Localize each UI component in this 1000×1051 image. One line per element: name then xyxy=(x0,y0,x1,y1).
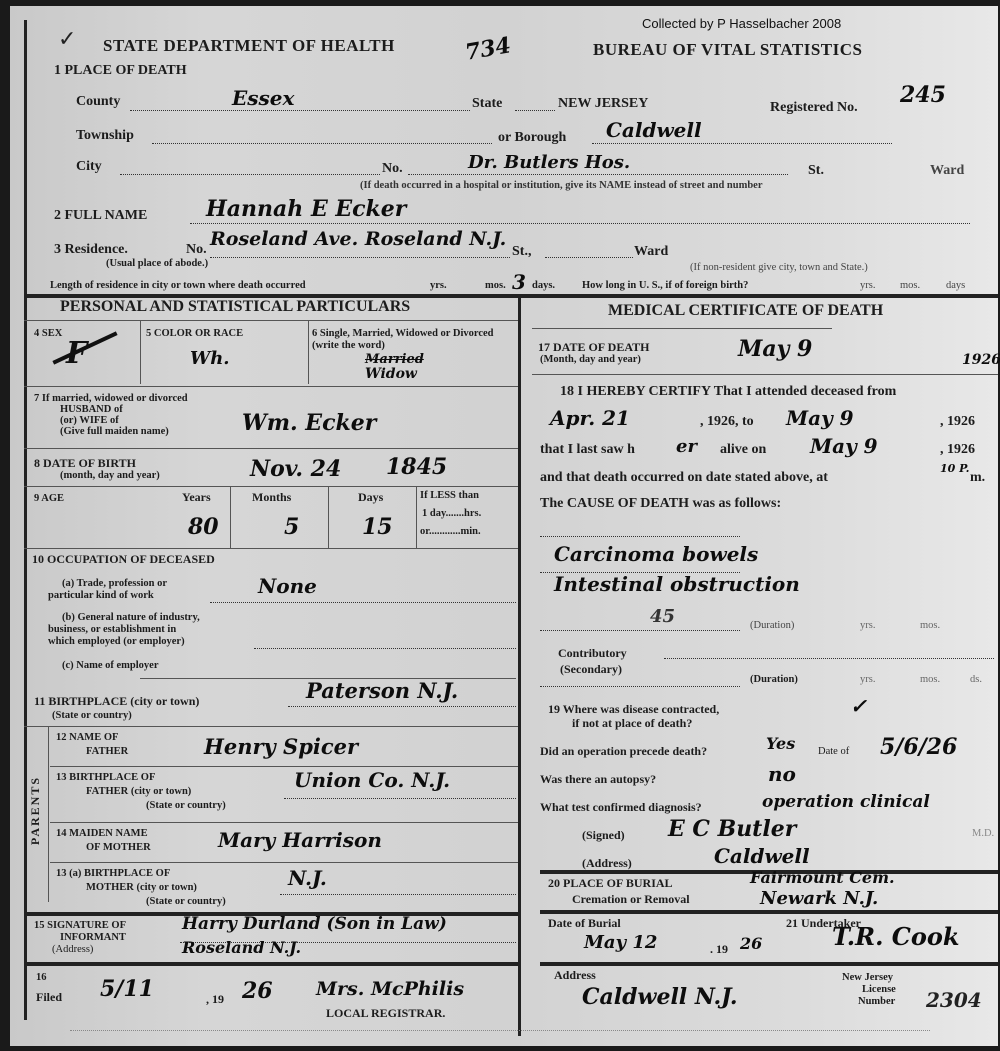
personal-heading: PERSONAL AND STATISTICAL PARTICULARS xyxy=(60,298,410,316)
father-birthplace-field[interactable]: Union Co. N.J. xyxy=(294,768,450,792)
place-of-death-label: 1 PLACE OF DEATH xyxy=(54,63,187,79)
township-label: Township xyxy=(76,128,134,144)
burial-year-field[interactable]: 26 xyxy=(740,934,762,953)
column-divider xyxy=(518,296,521,1036)
residence-st-label: St., xyxy=(512,244,531,260)
state-field[interactable]: NEW JERSEY xyxy=(558,96,648,112)
age-label: 9 AGE xyxy=(34,493,64,504)
burial-city-field[interactable]: Newark N.J. xyxy=(760,888,878,909)
state-dept-title: STATE DEPARTMENT OF HEALTH xyxy=(103,36,395,56)
test-label: What test confirmed diagnosis? xyxy=(540,800,702,815)
check-mark-icon: ✓ xyxy=(850,694,867,718)
cause-note[interactable]: 45 xyxy=(650,606,675,627)
certify-label: 18 I HEREBY CERTIFY That I attended dece… xyxy=(560,384,896,400)
informant-label: 15 SIGNATURE OF xyxy=(34,920,126,931)
city-label: City xyxy=(76,159,102,175)
dob-year-field[interactable]: 1845 xyxy=(386,454,447,480)
autopsy-label: Was there an autopsy? xyxy=(540,772,656,787)
physician-address-label: (Address) xyxy=(582,856,632,871)
dod-field[interactable]: May 9 xyxy=(738,336,812,362)
birthplace-label: 11 BIRTHPLACE (city or town) xyxy=(34,694,199,709)
license-label: New Jersey xyxy=(842,972,893,983)
registrar-signature[interactable]: Mrs. McPhilis xyxy=(316,978,464,1000)
mother-birthplace-field[interactable]: N.J. xyxy=(288,866,327,890)
residence-field[interactable]: Roseland Ave. Roseland N.J. xyxy=(210,228,506,250)
usual-abode-note: (Usual place of abode.) xyxy=(106,258,208,269)
county-label: County xyxy=(76,94,120,110)
last-saw-field[interactable]: May 9 xyxy=(810,434,878,458)
cause-secondary-field[interactable]: Intestinal obstruction xyxy=(554,572,800,596)
length-days-field[interactable]: 3 xyxy=(512,270,526,294)
residence-no-label: No. xyxy=(186,242,207,258)
mother-label: 14 MAIDEN NAME xyxy=(56,828,148,839)
death-certificate: Collected by P Hasselbacher 2008 ✓ STATE… xyxy=(10,6,998,1046)
state-label: State xyxy=(472,96,502,112)
residence-ward-label: Ward xyxy=(634,244,668,260)
physician-signature[interactable]: E C Butler xyxy=(668,816,796,842)
father-field[interactable]: Henry Spicer xyxy=(204,734,358,759)
ward-label: Ward xyxy=(930,163,964,179)
burial-place-field[interactable]: Fairmount Cem. xyxy=(750,868,895,887)
burial-label: 20 PLACE OF BURIAL xyxy=(548,876,673,891)
full-name-label: 2 FULL NAME xyxy=(54,208,147,224)
length-residence-label: Length of residence in city or town wher… xyxy=(50,280,306,291)
occupation-label: 10 OCCUPATION OF DECEASED xyxy=(32,552,215,567)
hospital-note: (If death occurred in a hospital or inst… xyxy=(360,180,763,191)
informant-field[interactable]: Harry Durland (Son in Law) xyxy=(182,914,447,934)
marital-struck: Married xyxy=(365,352,424,367)
mother-birthplace-label: 13 (a) BIRTHPLACE OF xyxy=(56,868,170,879)
medical-heading: MEDICAL CERTIFICATE OF DEATH xyxy=(608,302,883,320)
attended-from-field[interactable]: Apr. 21 xyxy=(550,406,630,430)
test-field[interactable]: operation clinical xyxy=(762,792,930,812)
mother-field[interactable]: Mary Harrison xyxy=(218,828,382,852)
father-birthplace-label: 13 BIRTHPLACE OF xyxy=(56,772,155,783)
dob-field[interactable]: Nov. 24 xyxy=(250,456,341,482)
birthplace-field[interactable]: Paterson N.J. xyxy=(306,678,458,703)
signed-label: (Signed) xyxy=(582,828,625,843)
cause-primary-field[interactable]: Carcinoma bowels xyxy=(554,542,758,566)
cause-label: The CAUSE OF DEATH was as follows: xyxy=(540,496,781,512)
borough-label: or Borough xyxy=(498,130,566,146)
attended-to-field[interactable]: May 9 xyxy=(786,406,854,430)
annotation-number: 734 xyxy=(463,32,513,66)
physician-address-field[interactable]: Caldwell xyxy=(714,844,810,868)
county-field[interactable]: Essex xyxy=(232,86,294,110)
race-field[interactable]: Wh. xyxy=(190,348,230,369)
father-label: 12 NAME OF xyxy=(56,732,118,743)
informant-address-field[interactable]: Roseland N.J. xyxy=(182,938,301,957)
registered-no-label: Registered No. xyxy=(770,100,858,116)
hospital-field[interactable]: Dr. Butlers Hos. xyxy=(468,152,630,173)
foreign-birth-label: How long in U. S., if of foreign birth? xyxy=(582,280,748,291)
dod-year-field[interactable]: 1926 xyxy=(962,352,1000,368)
registrar-label: LOCAL REGISTRAR. xyxy=(326,1006,445,1021)
st-label: St. xyxy=(808,163,824,179)
license-number-field[interactable]: 2304 xyxy=(926,988,982,1012)
burial-date-field[interactable]: May 12 xyxy=(584,932,657,953)
undertaker-field[interactable]: T.R. Cook xyxy=(832,922,960,951)
marital-field[interactable]: Widow xyxy=(365,366,417,382)
time-field[interactable]: 10 P. xyxy=(940,462,969,475)
full-name-field[interactable]: Hannah E Ecker xyxy=(206,196,406,222)
race-label: 5 COLOR OR RACE xyxy=(146,328,243,339)
undertaker-address-label: Address xyxy=(554,968,596,983)
nonresident-note: (If non-resident give city, town and Sta… xyxy=(690,262,868,273)
autopsy-field[interactable]: no xyxy=(768,762,796,786)
age-years-field[interactable]: 80 xyxy=(188,514,219,540)
registered-no-field[interactable]: 245 xyxy=(900,82,946,108)
sex-label: 4 SEX xyxy=(34,328,62,339)
watermark-text: Collected by P Hasselbacher 2008 xyxy=(642,16,841,31)
occupation-field[interactable]: None xyxy=(258,574,317,598)
filed-date-field[interactable]: 5/11 xyxy=(100,976,154,1002)
undertaker-address-field[interactable]: Caldwell N.J. xyxy=(582,984,738,1010)
spouse-label: 7 If married, widowed or divorced xyxy=(34,393,188,404)
parents-label: PARENTS xyxy=(28,776,43,845)
spouse-field[interactable]: Wm. Ecker xyxy=(242,410,376,436)
disease-contracted-label: 19 Where was disease contracted, xyxy=(548,702,719,717)
age-days-field[interactable]: 15 xyxy=(362,514,393,540)
dod-label: 17 DATE OF DEATH xyxy=(538,340,649,355)
residence-label: 3 Residence. xyxy=(54,242,128,258)
no-label: No. xyxy=(382,161,403,177)
operation-date-field[interactable]: 5/6/26 xyxy=(880,734,957,760)
last-saw-pronoun[interactable]: er xyxy=(676,436,697,457)
check-mark-icon: ✓ xyxy=(58,26,76,52)
operation-label: Did an operation precede death? xyxy=(540,744,707,759)
dob-label: 8 DATE OF BIRTH xyxy=(34,456,136,471)
marital-label: 6 Single, Married, Widowed or Divorced (… xyxy=(312,328,518,352)
borough-field[interactable]: Caldwell xyxy=(606,118,702,142)
left-border xyxy=(24,20,27,1020)
age-months-field[interactable]: 5 xyxy=(284,514,299,540)
burial-date-label: Date of Burial xyxy=(548,916,621,931)
filed-label: Filed xyxy=(36,990,62,1005)
operation-field[interactable]: Yes xyxy=(766,734,795,753)
contributory-label: Contributory xyxy=(558,646,627,661)
bureau-title: BUREAU OF VITAL STATISTICS xyxy=(593,40,863,60)
filed-year-field[interactable]: 26 xyxy=(242,978,273,1004)
